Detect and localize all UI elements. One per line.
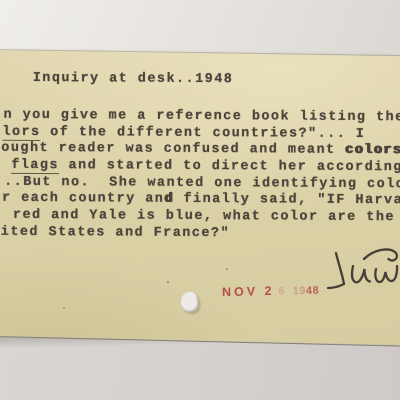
text-segment: ited States and France?" (1, 224, 230, 240)
handwritten-initials (318, 242, 400, 294)
underlined-word: lors (2, 124, 40, 141)
initial-stroke (364, 249, 397, 260)
typed-line: ought reader was confused and meant colo… (1, 141, 400, 159)
text-segment: ought reader was confused and meant (1, 141, 345, 158)
typed-line: ..But no. She wanted one identifying col… (4, 174, 400, 192)
typed-line: lors of the different countries?"... I (2, 124, 365, 142)
paper-speck (63, 307, 65, 309)
stamp-year-faint: 19 (293, 285, 307, 297)
underlined-word: flags (11, 158, 59, 175)
stamp-faded-digit: 6 (278, 286, 284, 298)
card-title: Inquiry at desk..1948 (33, 71, 234, 88)
text-segment: d (164, 192, 174, 207)
text-segment: colors (345, 143, 400, 158)
initial-stroke (328, 284, 344, 288)
text-segment: finally said, "IF Harva (174, 192, 400, 208)
text-segment: and started to direct her according (59, 158, 400, 175)
text-segment: of the different countries?"... I (41, 125, 366, 142)
typed-line: flags and started to direct her accordin… (11, 158, 400, 176)
photo-of-index-card: Inquiry at desk..1948 n you give me a re… (0, 0, 400, 400)
text-segment: ..But no. She wanted one identifying col… (4, 174, 400, 191)
stamp-month-day: NOV 2 (222, 284, 275, 299)
text-segment: r each country an (2, 191, 164, 207)
initial-stroke (375, 266, 397, 282)
typed-line: ited States and France?" (1, 224, 230, 241)
typed-line: red and Yale is blue, what color are the (13, 208, 395, 226)
paper-speck (167, 281, 169, 283)
paper-speck (226, 268, 228, 270)
text-segment: n you give me a reference book listing t… (3, 108, 400, 125)
typed-body-lines: n you give me a reference book listing t… (1, 0, 400, 1)
typed-line: n you give me a reference book listing t… (3, 108, 400, 126)
initial-stroke (336, 253, 344, 284)
typed-line: r each country and finally said, "IF Har… (2, 191, 400, 209)
typed-text-block: Inquiry at desk..1948 n you give me a re… (0, 0, 400, 400)
initial-stroke (352, 266, 370, 282)
text-segment: red and Yale is blue, what color are the (13, 208, 395, 225)
date-stamp: NOV 261948 (222, 281, 320, 302)
